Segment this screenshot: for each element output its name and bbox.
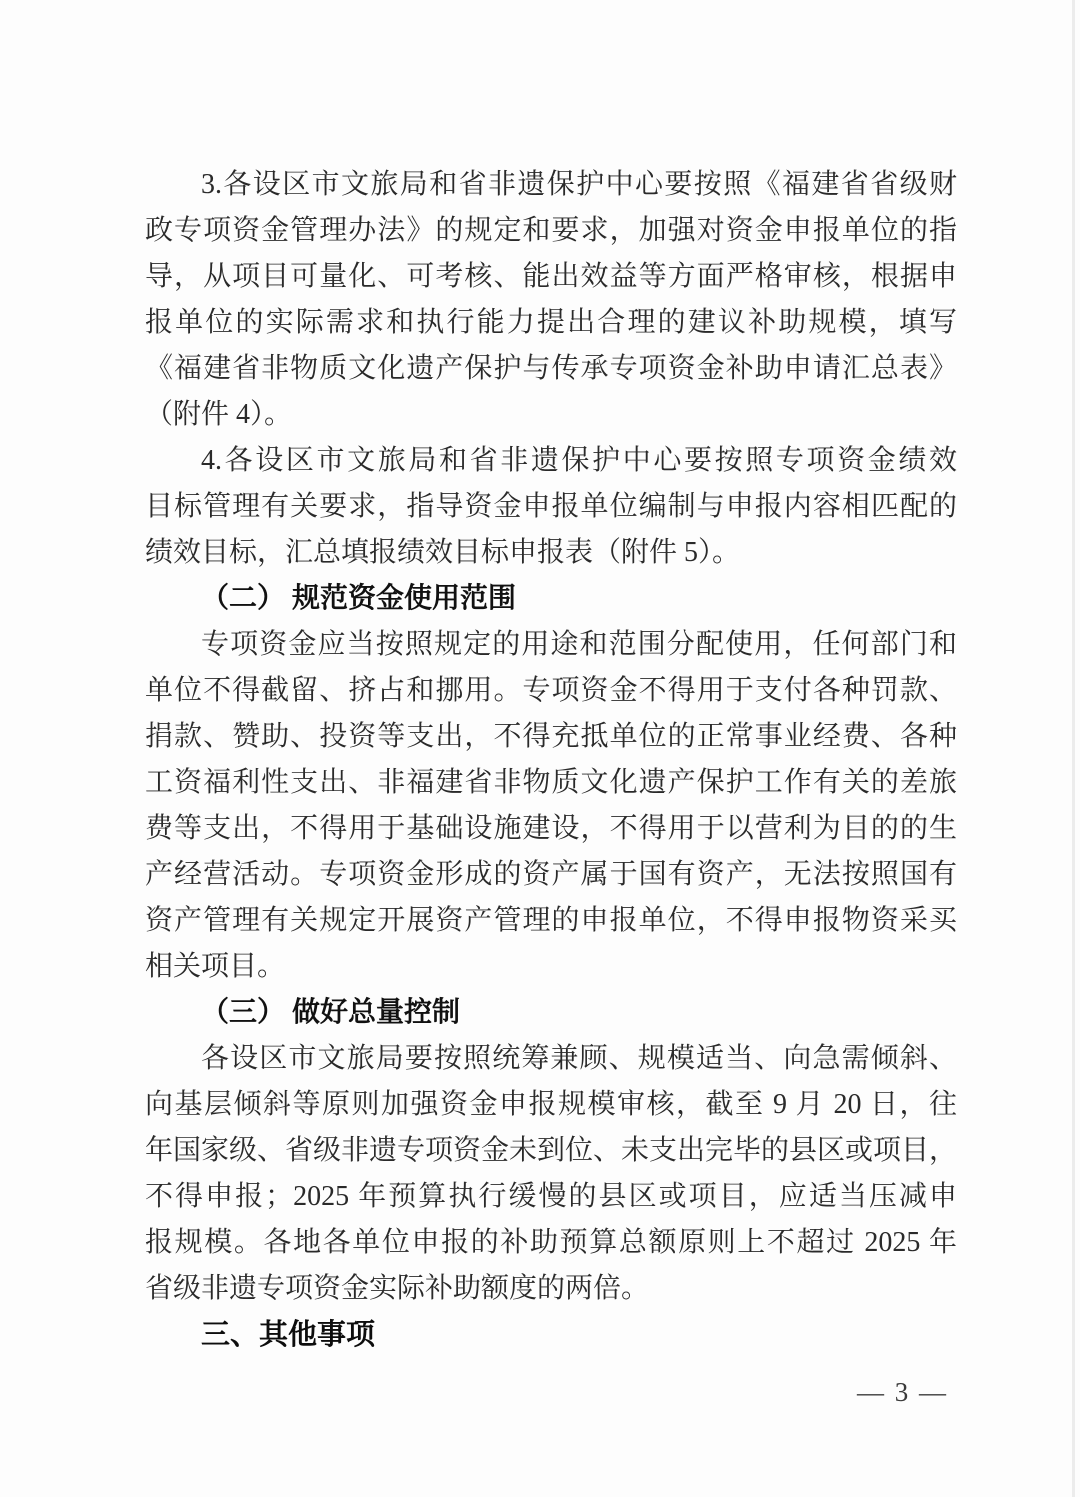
text-line: 报规模。各地各单位申报的补助预算总额原则上不超过 2025 年: [145, 1220, 957, 1266]
heading-chapter: 三、其他事项: [145, 1312, 957, 1358]
text-line: 报单位的实际需求和执行能力提出合理的建议补助规模，填写: [145, 300, 957, 346]
text-line: 费等支出，不得用于基础设施建设，不得用于以营利为目的的生: [145, 806, 957, 852]
text-line: 4.各设区市文旅局和省非遗保护中心要按照专项资金绩效: [145, 438, 957, 484]
paragraph: 专项资金应当按照规定的用途和范围分配使用，任何部门和单位不得截留、挤占和挪用。专…: [145, 622, 957, 990]
paragraph: 4.各设区市文旅局和省非遗保护中心要按照专项资金绩效目标管理有关要求，指导资金申…: [145, 438, 957, 576]
text-line: 导，从项目可量化、可考核、能出效益等方面严格审核，根据申: [145, 254, 957, 300]
text-line: 各设区市文旅局要按照统筹兼顾、规模适当、向急需倾斜、: [145, 1036, 957, 1082]
text-line: 3.各设区市文旅局和省非遗保护中心要按照《福建省省级财: [145, 162, 957, 208]
text-line: 不得申报；2025 年预算执行缓慢的县区或项目，应适当压减申: [145, 1174, 957, 1220]
text-line: 政专项资金管理办法》的规定和要求，加强对资金申报单位的指: [145, 208, 957, 254]
text-line: 专项资金应当按照规定的用途和范围分配使用，任何部门和: [145, 622, 957, 668]
heading-section: （三） 做好总量控制: [145, 990, 957, 1036]
document-body: 3.各设区市文旅局和省非遗保护中心要按照《福建省省级财政专项资金管理办法》的规定…: [145, 162, 957, 1358]
text-line: 相关项目。: [145, 944, 957, 990]
text-line: 目标管理有关要求，指导资金申报单位编制与申报内容相匹配的: [145, 484, 957, 530]
text-line: 年国家级、省级非遗专项资金未到位、未支出完毕的县区或项目，: [145, 1128, 957, 1174]
heading-section: （二） 规范资金使用范围: [145, 576, 957, 622]
page-number: — 3 —: [857, 1372, 948, 1412]
text-line: 向基层倾斜等原则加强资金申报规模审核，截至 9 月 20 日，往: [145, 1082, 957, 1128]
text-line: 绩效目标，汇总填报绩效目标申报表（附件 5）。: [145, 530, 957, 576]
text-line: 省级非遗专项资金实际补助额度的两倍。: [145, 1266, 957, 1312]
text-line: （附件 4）。: [145, 392, 957, 438]
paragraph: 3.各设区市文旅局和省非遗保护中心要按照《福建省省级财政专项资金管理办法》的规定…: [145, 162, 957, 438]
document-page: 3.各设区市文旅局和省非遗保护中心要按照《福建省省级财政专项资金管理办法》的规定…: [0, 0, 1080, 1497]
text-line: 资产管理有关规定开展资产管理的申报单位，不得申报物资采买: [145, 898, 957, 944]
text-line: 工资福利性支出、非福建省非物质文化遗产保护工作有关的差旅: [145, 760, 957, 806]
text-line: 《福建省非物质文化遗产保护与传承专项资金补助申请汇总表》: [145, 346, 957, 392]
paragraph: 各设区市文旅局要按照统筹兼顾、规模适当、向急需倾斜、向基层倾斜等原则加强资金申报…: [145, 1036, 957, 1312]
text-line: 单位不得截留、挤占和挪用。专项资金不得用于支付各种罚款、: [145, 668, 957, 714]
text-line: 产经营活动。专项资金形成的资产属于国有资产，无法按照国有: [145, 852, 957, 898]
scan-edge-line: [1072, 0, 1075, 1497]
text-line: 捐款、赞助、投资等支出，不得充抵单位的正常事业经费、各种: [145, 714, 957, 760]
